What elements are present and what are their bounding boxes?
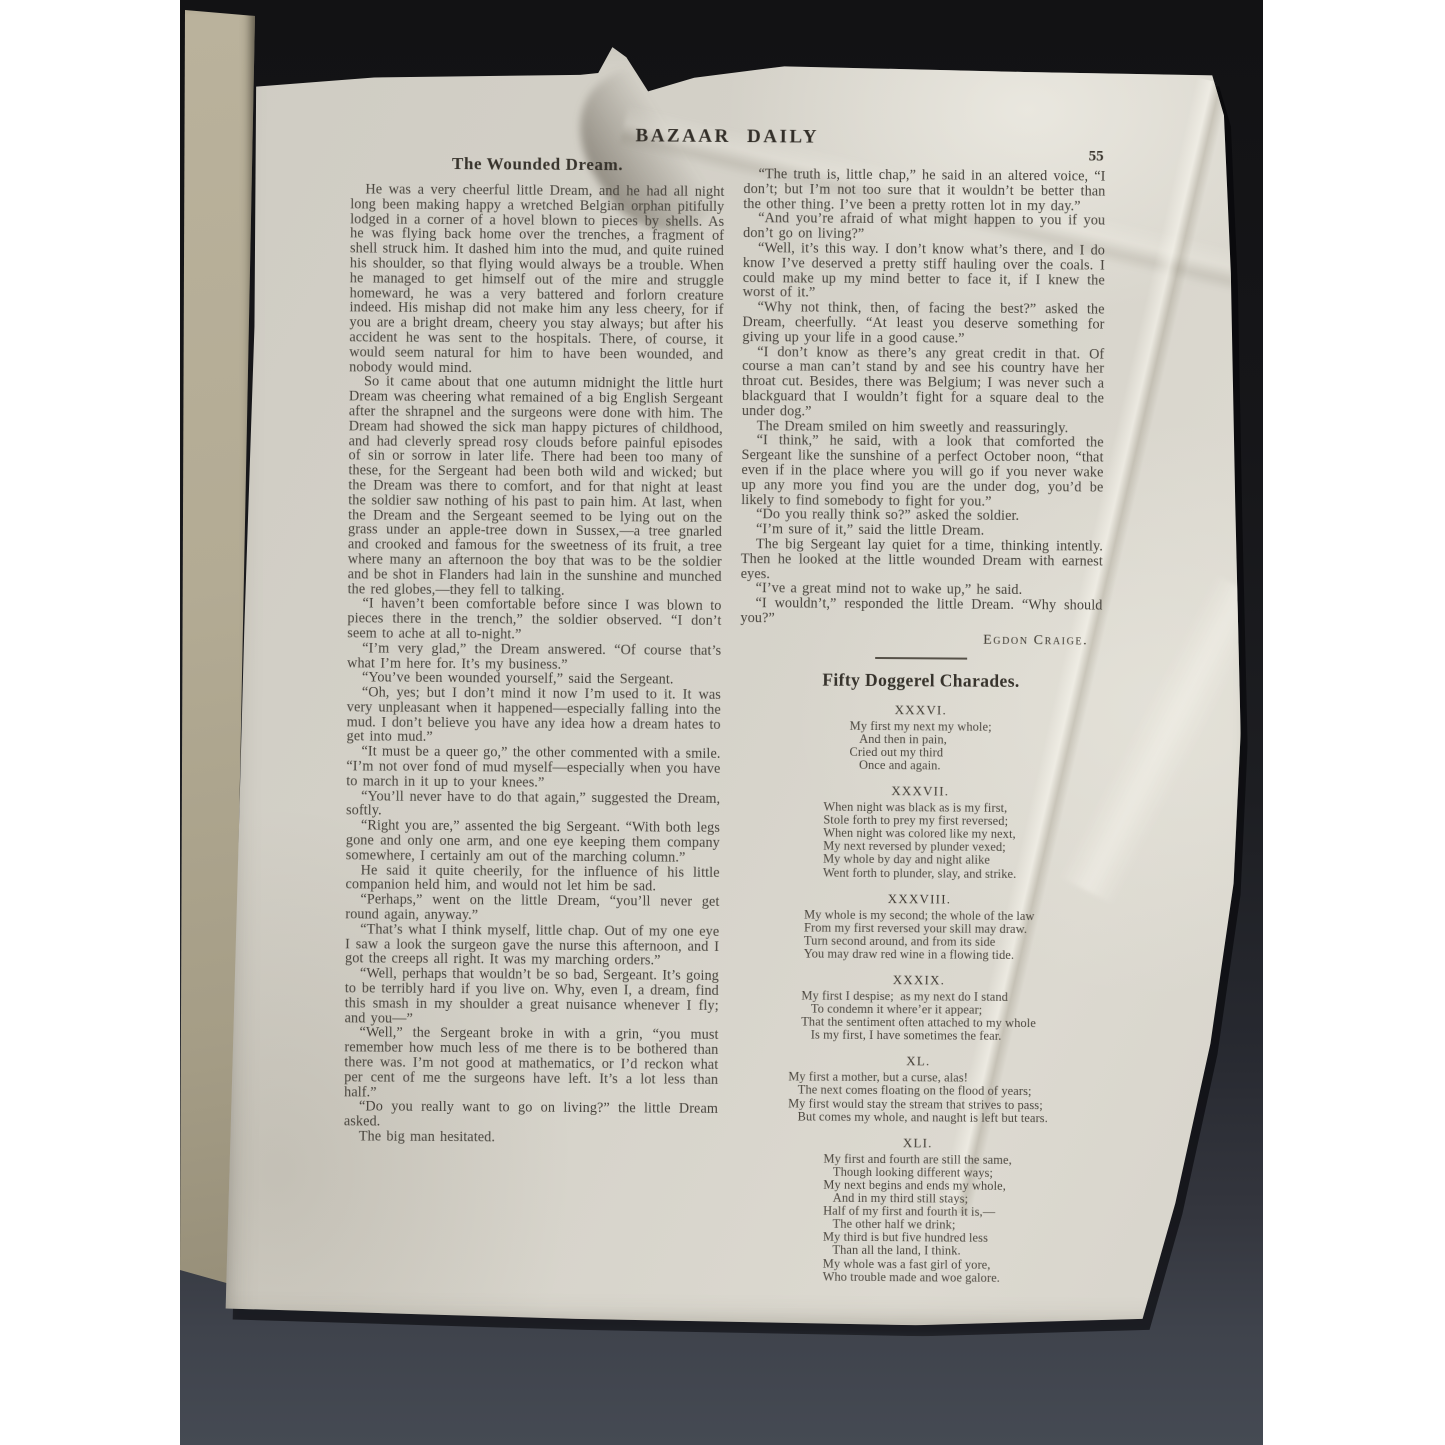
- charade-line: Went forth to plunder, slay, and strike.: [823, 866, 1016, 880]
- story-paragraph: He said it quite cheerily, for the influ…: [346, 863, 720, 895]
- charade-line: But comes my whole, and naught is left b…: [788, 1110, 1048, 1125]
- story-paragraph: “Oh, yes; but I don’t mind it now I’m us…: [347, 685, 721, 747]
- charade-numeral: XXXVII.: [823, 783, 1016, 800]
- masthead-title: BAZAAR DAILY: [351, 123, 1104, 150]
- story-paragraph: “I think,” he said, with a look that com…: [741, 433, 1104, 510]
- story-title: The Wounded Dream.: [351, 153, 725, 176]
- charade-numeral: XXXIX.: [801, 971, 1036, 989]
- story-paragraph: “Right you are,” assented the big Sergea…: [346, 819, 720, 866]
- story-paragraph: “I wouldn’t,” responded the little Dream…: [740, 596, 1102, 628]
- charade-stanza: XLI.My first and fourth are still the sa…: [823, 1134, 1012, 1284]
- story-paragraph: “And you’re afraid of what might happen …: [743, 211, 1105, 243]
- charade-numeral: XXXVIII.: [804, 890, 1034, 908]
- story-paragraph: He was a very cheerful little Dream, and…: [349, 182, 724, 377]
- photo-of-magazine-page: BAZAAR DAILY 55 The Wounded Dream. He wa…: [180, 0, 1263, 1445]
- story-text-left: He was a very cheerful little Dream, and…: [344, 182, 725, 1146]
- story-paragraph: So it came about that one autumn midnigh…: [348, 375, 724, 600]
- left-column: The Wounded Dream. He was a very cheerfu…: [344, 153, 725, 1146]
- story-paragraph: “You’ll never have to do that again,” su…: [346, 789, 720, 821]
- story-paragraph: “Perhaps,” went on the little Dream, “yo…: [345, 893, 719, 925]
- story-paragraph: “That’s what I think myself, little chap…: [345, 922, 719, 969]
- story-paragraph: “I haven’t been comfortable before since…: [347, 597, 721, 644]
- charade-line: Is my first, I have sometimes the fear.: [801, 1029, 1036, 1044]
- section-divider: [875, 657, 967, 660]
- magazine-page: BAZAAR DAILY 55 The Wounded Dream. He wa…: [215, 26, 1254, 1333]
- story-byline: Egdon Craige.: [740, 631, 1102, 650]
- charade-numeral: XL.: [788, 1053, 1048, 1071]
- story-paragraph: “I don’t know as there’s any great credi…: [742, 345, 1105, 422]
- charade-stanza: XL.My first a mother, but a curse, alas!…: [788, 1053, 1048, 1125]
- charades-list: XXXVI.My first my next my whole; And the…: [736, 701, 1102, 1286]
- charade-numeral: XLI.: [824, 1134, 1012, 1151]
- charade-numeral: XXXVI.: [850, 702, 992, 719]
- page-header: BAZAAR DAILY 55: [351, 123, 1104, 150]
- charades-title: Fifty Doggerel Charades.: [740, 669, 1102, 693]
- story-paragraph: “Well,” the Sergeant broke in with a gri…: [344, 1026, 719, 1103]
- charade-stanza: XXXVIII.My whole is my second; the whole…: [804, 890, 1035, 962]
- charade-line: You may draw red wine in a flowing tide.: [804, 947, 1034, 962]
- charade-line: Who trouble made and woe galore.: [823, 1270, 1011, 1284]
- story-paragraph: “Do you really want to go on living?” th…: [344, 1100, 718, 1132]
- story-paragraph: The big man hesitated.: [344, 1129, 718, 1146]
- story-paragraph: “It must be a queer go,” the other comme…: [346, 745, 720, 792]
- right-column: “The truth is, little chap,” he said in …: [736, 167, 1106, 1285]
- story-paragraph: “I’m very glad,” the Dream answered. “Of…: [347, 641, 721, 673]
- story-paragraph: “Why not think, then, of facing the best…: [742, 300, 1104, 347]
- page-number: 55: [1089, 148, 1104, 165]
- charade-stanza: XXXVI.My first my next my whole; And the…: [849, 702, 991, 773]
- charade-line: Once and again.: [849, 759, 991, 773]
- charade-stanza: XXXIX.My first I despise; as my next do …: [801, 971, 1036, 1043]
- story-text-right: “The truth is, little chap,” he said in …: [740, 167, 1105, 628]
- story-paragraph: “Well, perhaps that wouldn’t be so bad, …: [345, 967, 719, 1029]
- story-paragraph: The big Sergeant lay quiet for a time, t…: [741, 537, 1103, 584]
- story-paragraph: “The truth is, little chap,” he said in …: [743, 167, 1105, 214]
- charade-stanza: XXXVII.When night was black as is my fir…: [823, 783, 1017, 881]
- story-paragraph: “Well, it’s this way. I don’t know what’…: [743, 241, 1105, 303]
